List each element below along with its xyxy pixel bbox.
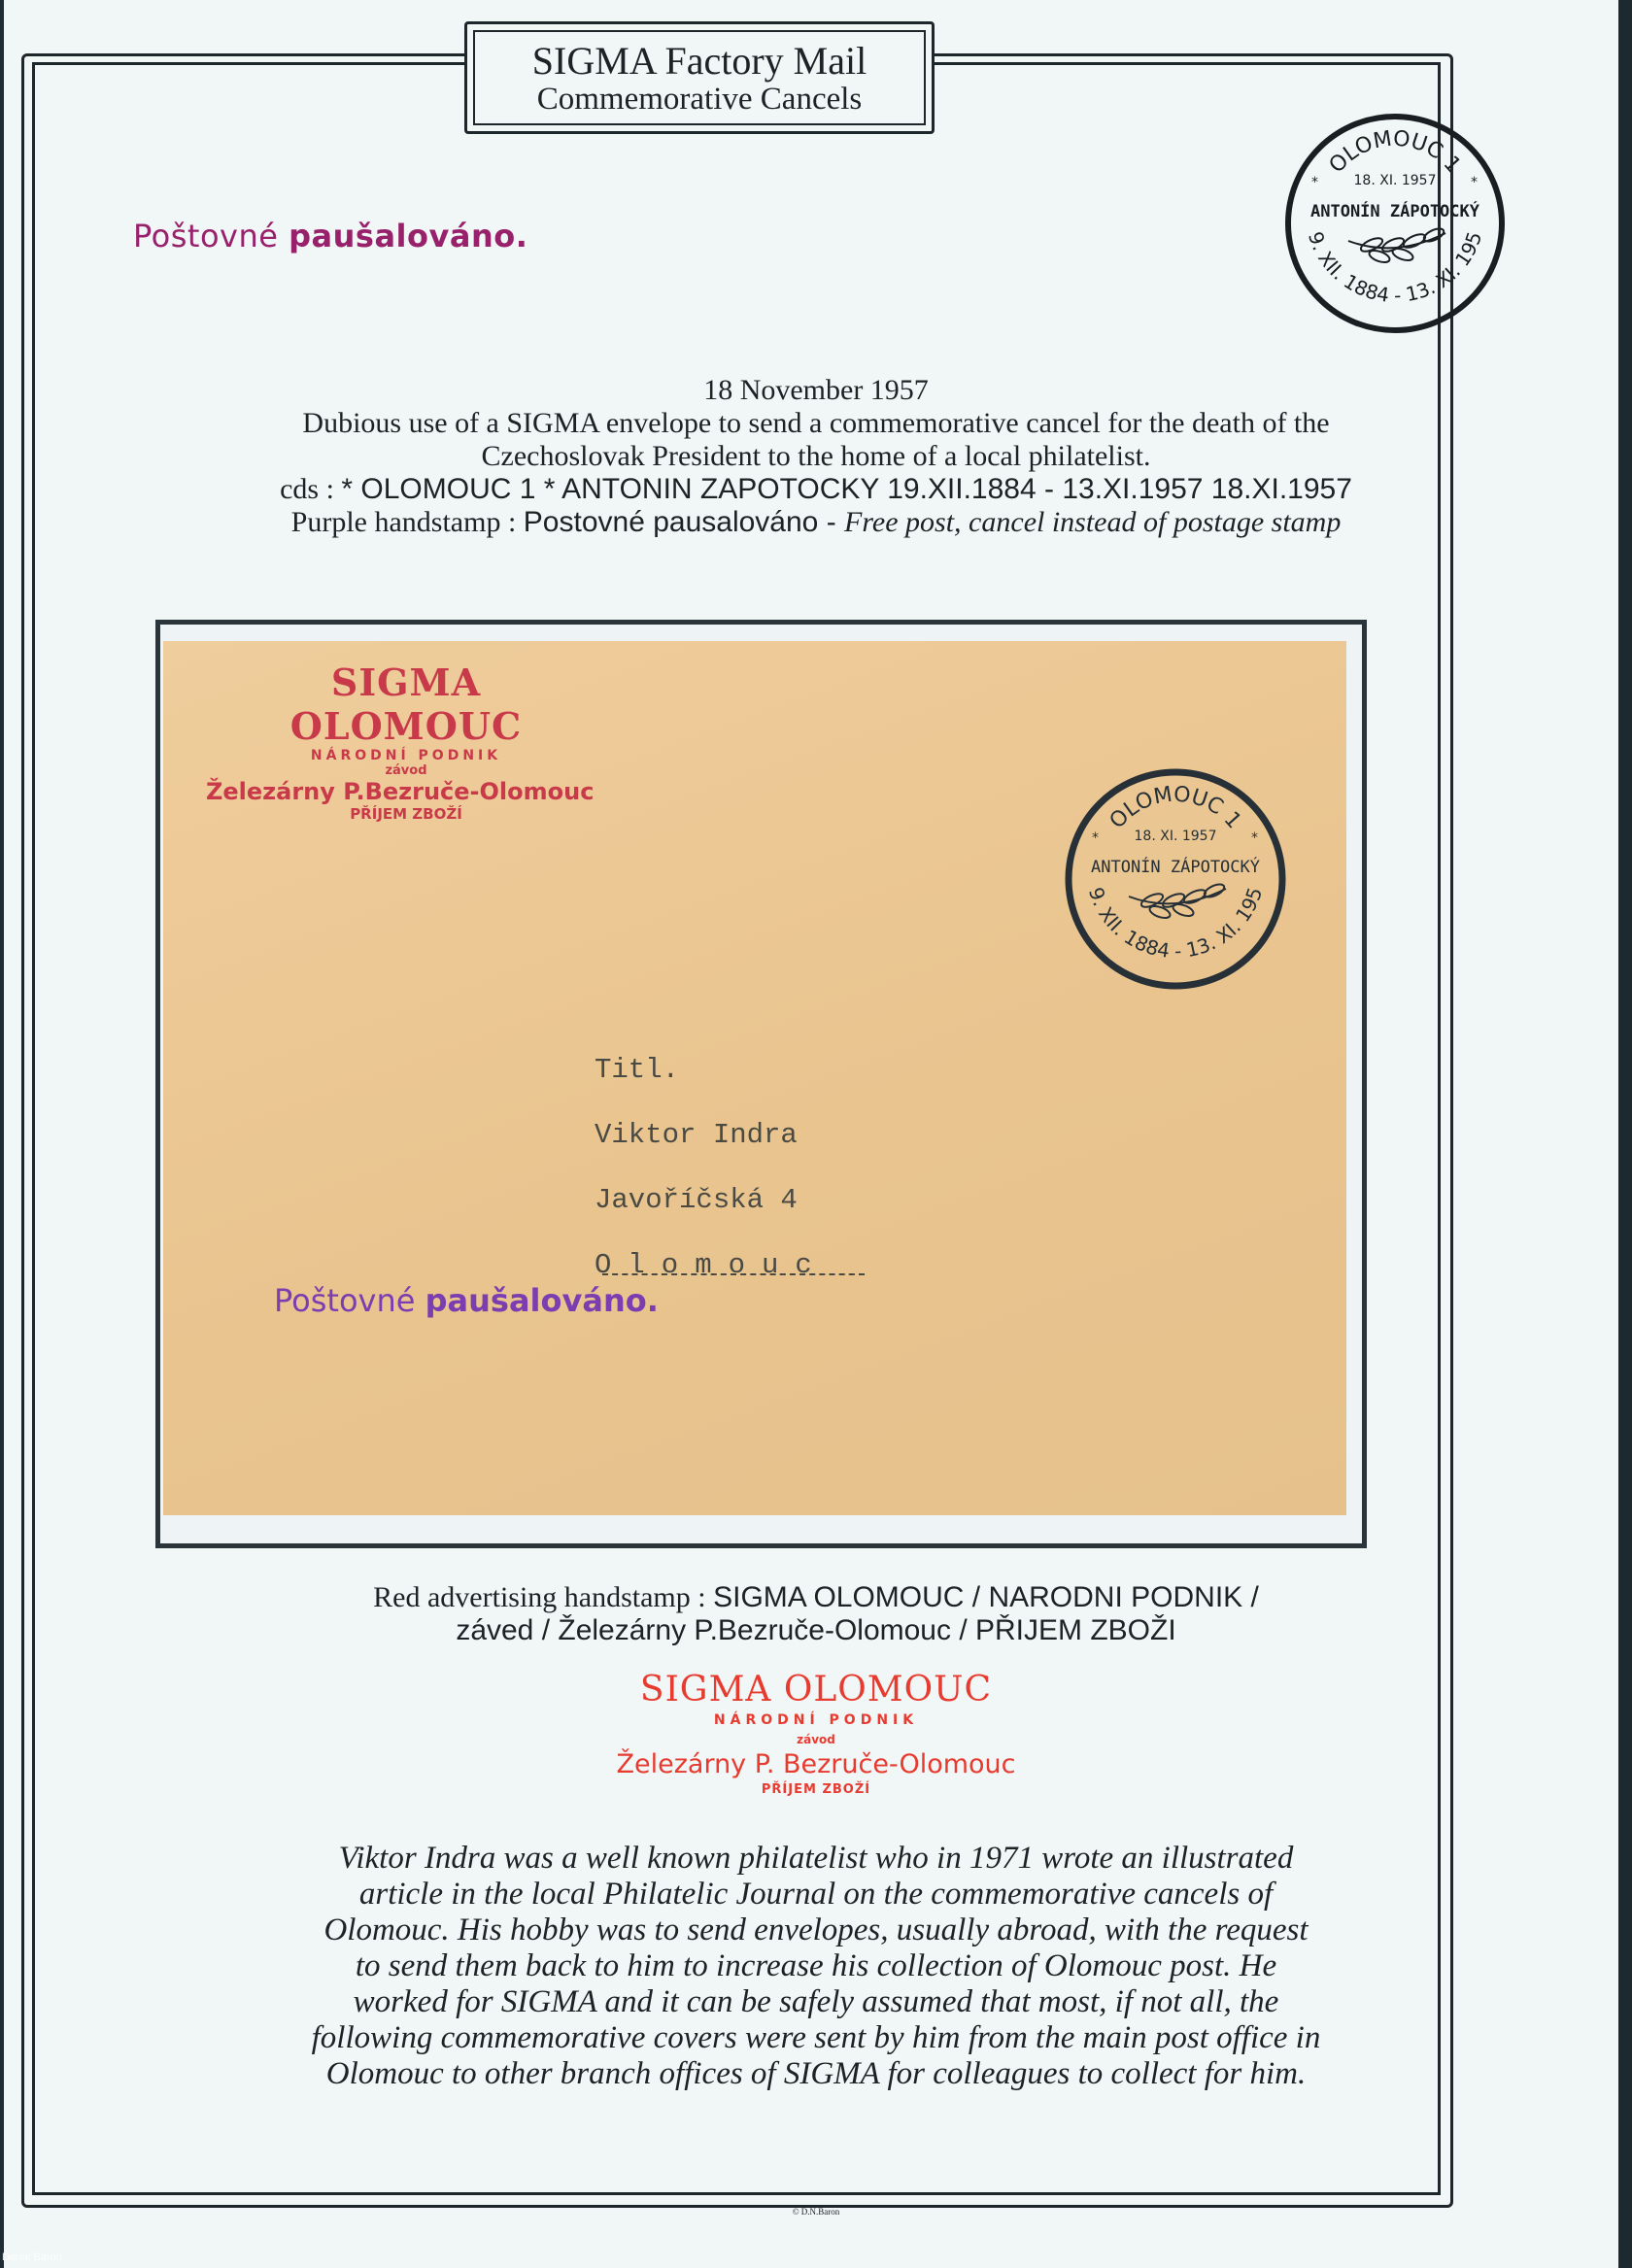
cancel-date: 18. XI. 1957 xyxy=(1354,173,1437,188)
clean-stamp-line-1: SIGMA OLOMOUC xyxy=(525,1671,1107,1709)
page-title: SIGMA Factory Mail xyxy=(475,40,924,83)
red-caption-label: Red advertising handstamp : xyxy=(373,1581,713,1613)
purple-handstamp-line: Purple handstamp : Postovné pausalováno … xyxy=(58,506,1574,539)
address-line-2: Viktor Indra xyxy=(595,1102,829,1168)
cancel-top-arc-text: OLOMOUC 1 xyxy=(1325,127,1466,179)
red-caption-value-2: záved / Železárny P.Bezruče-Olomouc / PŘ… xyxy=(58,1614,1574,1647)
envelope-purple-word2: paušalováno. xyxy=(425,1282,659,1319)
postmark-top-arc-text: OLOMOUC 1 xyxy=(1105,783,1246,834)
watermark: Derek Baron xyxy=(2,2251,62,2263)
cancel-name: ANTONÍN ZÁPOTOCKÝ xyxy=(1310,200,1480,221)
address-line-1: Titl. xyxy=(595,1037,829,1102)
star-icon: * xyxy=(1311,175,1318,190)
paragraph-line: to send them back to him to increase his… xyxy=(175,1948,1457,1984)
clean-stamp-line-4: Železárny P. Bezruče-Olomouc xyxy=(525,1748,1107,1781)
description-line-1: Dubious use of a SIGMA envelope to send … xyxy=(58,407,1574,440)
cover-date: 18 November 1957 xyxy=(58,374,1574,407)
star-icon: * xyxy=(1092,830,1099,846)
address-line-3: Javoříčská 4 xyxy=(595,1168,829,1233)
star-icon: * xyxy=(1251,830,1258,846)
scan-edge-left xyxy=(0,0,4,2268)
clean-stamp-line-5: PŘÍJEM ZBOŽÍ xyxy=(525,1781,1107,1799)
purple-handstamp-word2: paušalováno. xyxy=(289,218,527,254)
red-stamp-line-4: Železárny P.Bezruče-Olomouc xyxy=(206,778,600,805)
typed-address: Titl. Viktor Indra Javoříčská 4 Olomouc xyxy=(595,1037,829,1298)
red-caption-line-1: Red advertising handstamp : SIGMA OLOMOU… xyxy=(58,1581,1574,1614)
purple-handstamp-word1: Poštovné xyxy=(133,218,278,254)
paragraph-line: Viktor Indra was a well known philatelis… xyxy=(175,1841,1457,1877)
red-stamp-line-1: SIGMA OLOMOUC xyxy=(212,660,600,748)
red-handstamp-caption: Red advertising handstamp : SIGMA OLOMOU… xyxy=(58,1581,1574,1647)
cds-line: cds : * OLOMOUC 1 * ANTONIN ZAPOTOCKY 19… xyxy=(58,473,1574,506)
scan-edge-right xyxy=(1618,0,1632,2268)
svg-text:OLOMOUC 1: OLOMOUC 1 xyxy=(1325,127,1466,179)
description-block: 18 November 1957 Dubious use of a SIGMA … xyxy=(58,374,1574,539)
red-caption-value-1: SIGMA OLOMOUC / NARODNI PODNIK / xyxy=(713,1581,1259,1613)
postmark-name: ANTONÍN ZÁPOTOCKÝ xyxy=(1091,856,1260,877)
paragraph-line: Olomouc to other branch offices of SIGMA… xyxy=(175,2056,1457,2092)
red-stamp-line-2: NÁRODNÍ PODNIK xyxy=(212,748,600,763)
history-paragraph: Viktor Indra was a well known philatelis… xyxy=(175,1841,1457,2092)
purple-note: Free post, cancel instead of postage sta… xyxy=(844,506,1341,538)
clean-stamp-line-2: NÁRODNÍ PODNIK xyxy=(525,1709,1107,1731)
address-underline xyxy=(602,1273,865,1275)
purple-handstamp-illustration: Poštovné paušalováno. xyxy=(133,218,527,254)
olive-branch-icon xyxy=(1348,226,1445,265)
title-box-inner: SIGMA Factory Mail Commemorative Cancels xyxy=(473,30,926,125)
paragraph-line: worked for SIGMA and it can be safely as… xyxy=(175,1984,1457,2020)
paragraph-line: following commemorative covers were sent… xyxy=(175,2020,1457,2056)
purple-label: Purple handstamp : xyxy=(291,506,524,538)
title-box: SIGMA Factory Mail Commemorative Cancels xyxy=(464,21,935,134)
red-stamp-line-5: PŘÍJEM ZBOŽÍ xyxy=(212,805,600,823)
red-stamp-line-3: závod xyxy=(212,763,600,778)
red-handstamp-illustration: SIGMA OLOMOUC NÁRODNÍ PODNIK závod Želez… xyxy=(525,1671,1107,1799)
red-advertising-handstamp: SIGMA OLOMOUC NÁRODNÍ PODNIK závod Želez… xyxy=(212,660,600,823)
cds-value: * OLOMOUC 1 * ANTONIN ZAPOTOCKY 19.XII.1… xyxy=(341,473,1352,505)
purple-value: Postovné pausalováno - xyxy=(524,506,844,538)
svg-text:OLOMOUC 1: OLOMOUC 1 xyxy=(1105,783,1246,834)
cds-label: cds : xyxy=(280,473,341,505)
envelope-purple-handstamp: Poštovné paušalováno. xyxy=(274,1282,659,1319)
cancel-postmark-illustration: OLOMOUC 1 * * 18. XI. 1957 ANTONÍN ZÁPOT… xyxy=(1278,107,1512,340)
postmark-date: 18. XI. 1957 xyxy=(1135,829,1217,844)
description-line-2: Czechoslovak President to the home of a … xyxy=(58,440,1574,473)
clean-stamp-line-3: závod xyxy=(525,1731,1107,1748)
copyright-notice: © D.N.Baron xyxy=(0,2207,1632,2217)
olive-branch-icon xyxy=(1129,882,1226,921)
page-subtitle: Commemorative Cancels xyxy=(475,83,924,116)
star-icon: * xyxy=(1471,175,1478,190)
envelope-postmark: OLOMOUC 1 * * 18. XI. 1957 ANTONÍN ZÁPOT… xyxy=(1059,762,1292,996)
paragraph-line: Olomouc. His hobby was to send envelopes… xyxy=(175,1913,1457,1948)
paragraph-line: article in the local Philatelic Journal … xyxy=(175,1877,1457,1913)
envelope-purple-word1: Poštovné xyxy=(274,1282,415,1319)
